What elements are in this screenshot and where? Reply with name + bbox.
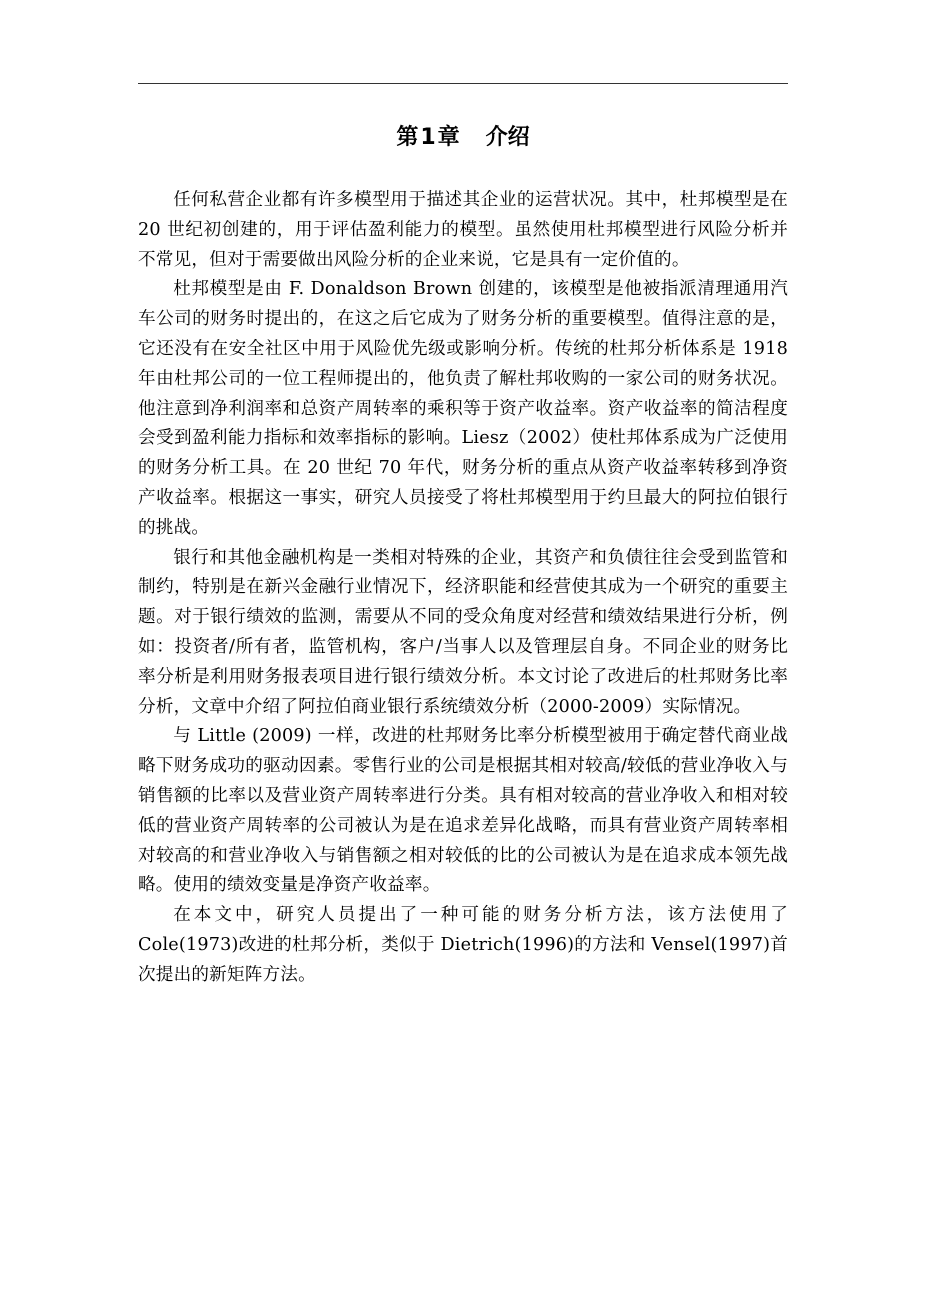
paragraph-4: 与 Little (2009) 一样，改进的杜邦财务比率分析模型被用于确定替代商… bbox=[138, 722, 788, 901]
body-text: 任何私营企业都有许多模型用于描述其企业的运营状况。其中，杜邦模型是在 20 世纪… bbox=[138, 186, 788, 991]
paragraph-3: 银行和其他金融机构是一类相对特殊的企业，其资产和负债往往会受到监管和制约，特别是… bbox=[138, 544, 788, 723]
paragraph-2: 杜邦模型是由 F. Donaldson Brown 创建的，该模型是他被指派清理… bbox=[138, 275, 788, 543]
chapter-prefix: 第 bbox=[396, 125, 418, 150]
chapter-name: 介绍 bbox=[486, 125, 530, 150]
chapter-title: 第1章介绍 bbox=[138, 120, 788, 156]
chapter-suffix: 章 bbox=[438, 125, 460, 150]
header-rule bbox=[138, 83, 788, 84]
paragraph-5: 在本文中，研究人员提出了一种可能的财务分析方法，该方法使用了 Cole(1973… bbox=[138, 901, 788, 990]
paragraph-1: 任何私营企业都有许多模型用于描述其企业的运营状况。其中，杜邦模型是在 20 世纪… bbox=[138, 186, 788, 275]
chapter-number: 1 bbox=[420, 125, 435, 150]
